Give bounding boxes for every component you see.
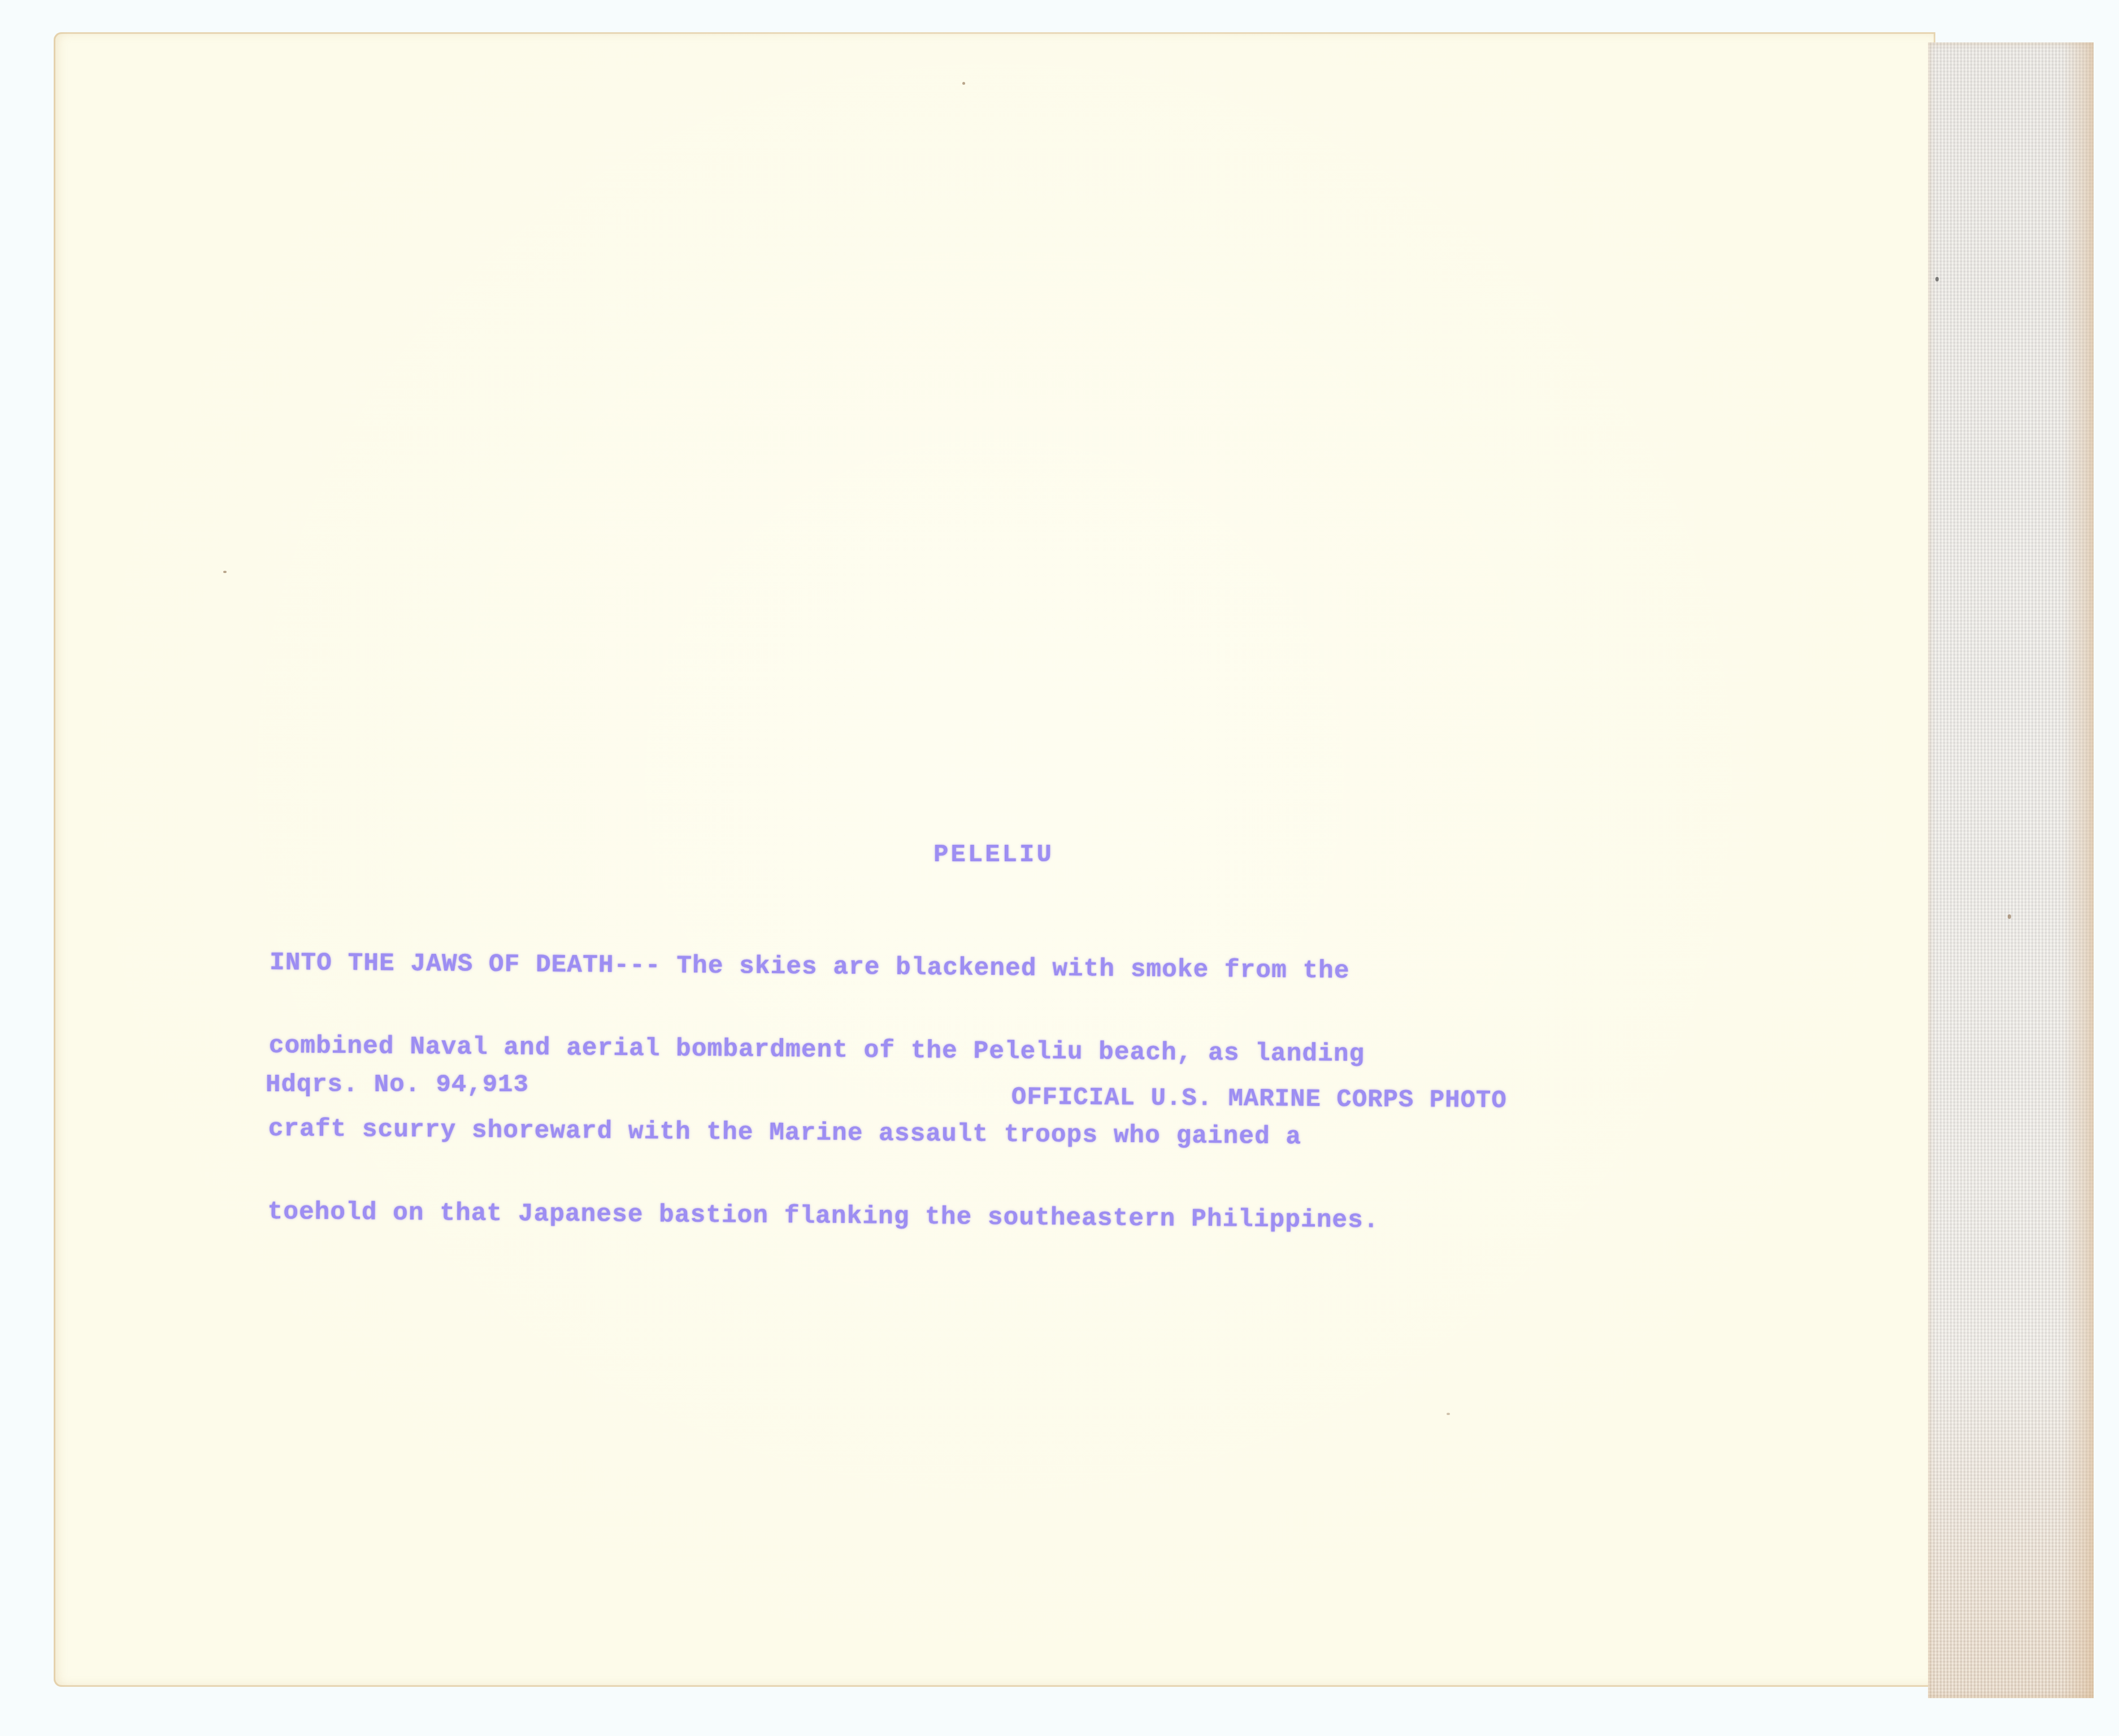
caption-line: craft scurry shoreward with the Marine a… bbox=[268, 1116, 1380, 1152]
speck-mark bbox=[1447, 1413, 1450, 1415]
speck-mark bbox=[1935, 277, 1939, 281]
cloth-hinge-tape bbox=[1928, 42, 2094, 1698]
caption-heading: PELELIU bbox=[933, 841, 1054, 869]
speck-mark bbox=[223, 571, 227, 573]
photo-credit: OFFICIAL U.S. MARINE CORPS PHOTO bbox=[1011, 1083, 1507, 1115]
caption-line: combined Naval and aerial bombardment of… bbox=[269, 1032, 1380, 1069]
speck-mark bbox=[2008, 914, 2011, 919]
tape-stained-edge bbox=[2062, 42, 2094, 1698]
speck-mark bbox=[962, 82, 965, 85]
caption-line: toehold on that Japanese bastion flankin… bbox=[267, 1199, 1379, 1235]
caption-line: INTO THE JAWS OF DEATH--- The skies are … bbox=[270, 949, 1381, 986]
headquarters-number: Hdqrs. No. 94,913 bbox=[266, 1071, 529, 1099]
